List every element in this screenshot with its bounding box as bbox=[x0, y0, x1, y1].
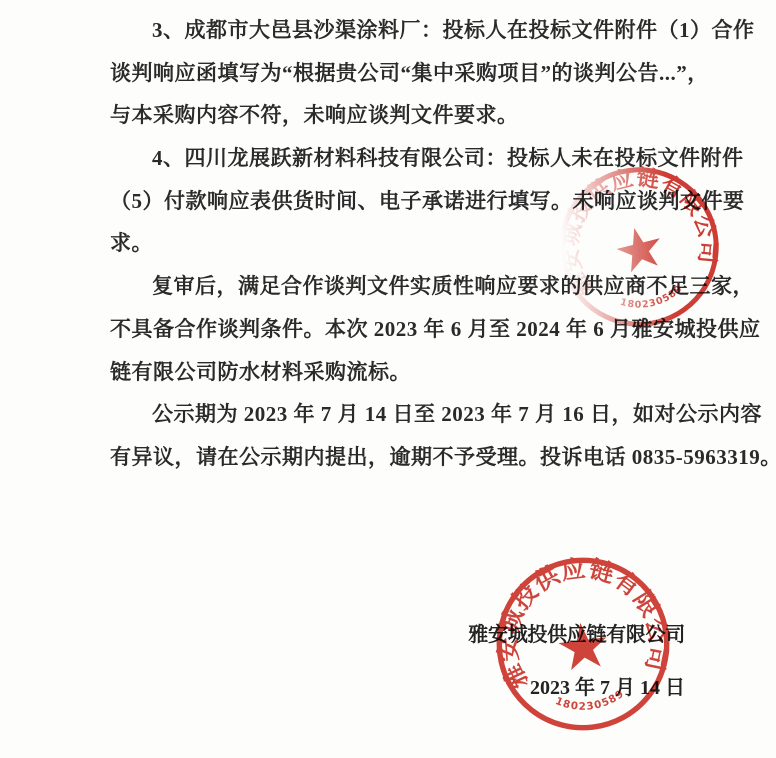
document-page: 3、成都市大邑县沙渠涂料厂：投标人在投标文件附件（1）合作谈判响应函填写为“根据… bbox=[0, 0, 776, 758]
paragraph-line: 有异议，请在公示期内提出，逾期不予受理。投诉电话 0835-5963319。 bbox=[110, 436, 703, 479]
company-seal-stamp: ★ 雅安城投供应链有限公司 5118023058907 bbox=[483, 544, 684, 745]
paragraph-line: 3、成都市大邑县沙渠涂料厂：投标人在投标文件附件（1）合作 bbox=[110, 9, 703, 52]
star-icon: ★ bbox=[551, 607, 616, 686]
star-icon: ★ bbox=[606, 210, 673, 289]
paragraph-line: 公示期为 2023 年 7 月 14 日至 2023 年 7 月 16 日，如对… bbox=[110, 393, 703, 436]
paragraph-line: 谈判响应函填写为“根据贵公司“集中采购项目”的谈判公告...”， bbox=[110, 52, 703, 95]
seal-graphic: ★ 雅安城投供应链有限公司 5118023058907 bbox=[483, 544, 684, 745]
paragraph-line: 链有限公司防水材料采购流标。 bbox=[110, 351, 703, 394]
paragraph-line: 与本采购内容不符，未响应谈判文件要求。 bbox=[110, 94, 703, 137]
